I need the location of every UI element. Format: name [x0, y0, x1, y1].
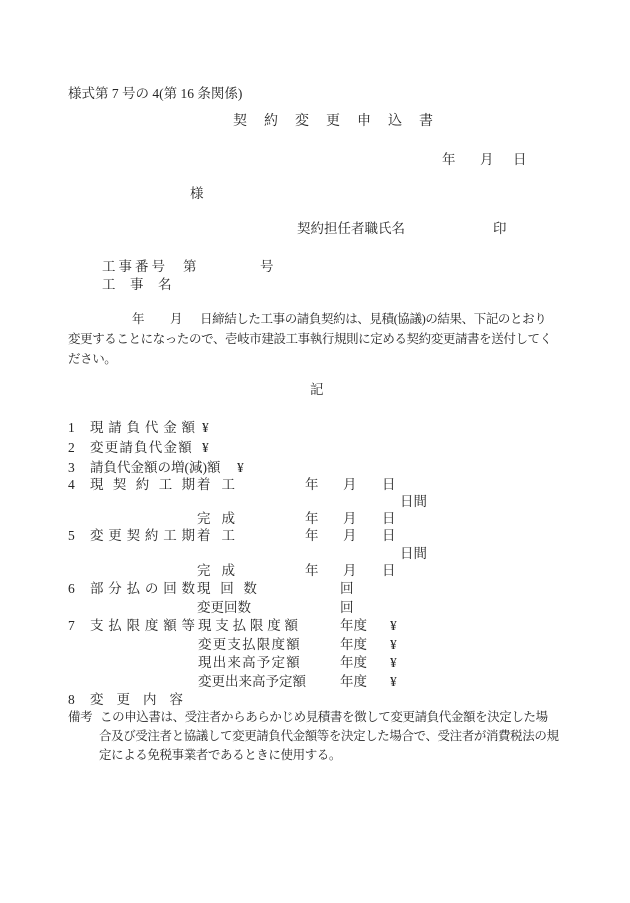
item6-label: 部分払の回数 — [90, 581, 200, 597]
item4-number: 4 — [68, 477, 75, 493]
item3-number: 3 — [68, 460, 75, 476]
item4-start-month-label: 月 — [343, 477, 357, 493]
item7-row2-label: 変更支払限度額 — [198, 637, 301, 653]
item4-start-day-label: 日 — [382, 477, 396, 493]
item6-changed-count-label: 変更回数 — [197, 600, 251, 616]
item5-number: 5 — [68, 528, 75, 544]
item5-label: 変更契約工期 — [90, 528, 200, 544]
body-month-label: 月 — [170, 312, 182, 326]
document-title: 契約変更申込書 — [233, 114, 450, 130]
item4-finish-year-label: 年 — [305, 511, 319, 527]
item5-start-label: 着工 — [197, 528, 246, 544]
body-line1: 日締結した工事の請負契約は、見積(協議)の結果、下記のとおり — [200, 312, 546, 326]
item4-finish-month-label: 月 — [343, 511, 357, 527]
construction-number-suffix: 号 — [260, 259, 274, 275]
item5-start-year-label: 年 — [305, 528, 319, 544]
item2-yen-sign: ¥ — [202, 440, 209, 456]
item7-number: 7 — [68, 618, 75, 634]
construction-number-label: 工事番号 — [102, 259, 168, 275]
item5-finish-day-label: 日 — [382, 563, 396, 579]
item1-label: 現請負代金額 — [90, 420, 200, 436]
item7-row2-fiscal-year-label: 年度 — [340, 637, 367, 653]
item1-number: 1 — [68, 420, 75, 436]
addressee-honorific: 様 — [190, 186, 204, 202]
item6-current-times-unit: 回 — [340, 581, 354, 597]
item2-number: 2 — [68, 440, 75, 456]
seal-label: 印 — [493, 221, 507, 237]
item5-start-month-label: 月 — [343, 528, 357, 544]
item4-finish-day-label: 日 — [382, 511, 396, 527]
item5-finish-label: 完成 — [197, 563, 246, 579]
body-year-label: 年 — [132, 312, 144, 326]
record-marker: 記 — [310, 382, 324, 398]
body-line3: ださい。 — [68, 352, 116, 366]
item5-days-label: 日間 — [400, 546, 427, 562]
remarks-line2: 合及び受注者と協議して変更請負代金額等を決定した場合で、受注者が消費税法の規 — [99, 729, 559, 743]
construction-number-prefix: 第 — [183, 259, 197, 275]
item7-row4-fiscal-year-label: 年度 — [340, 674, 367, 690]
item5-finish-month-label: 月 — [343, 563, 357, 579]
item5-finish-year-label: 年 — [305, 563, 319, 579]
item6-number: 6 — [68, 581, 75, 597]
item7-row3-fiscal-year-label: 年度 — [340, 655, 367, 671]
form-number: 様式第 7 号の 4(第 16 条関係) — [68, 86, 242, 102]
remarks-line1: この申込書は、受注者からあらかじめ見積書を徴して変更請負代金額を決定した場 — [100, 710, 548, 724]
item4-days-label: 日間 — [400, 494, 427, 510]
document-page: 様式第 7 号の 4(第 16 条関係) 契約変更申込書 年 月 日 様 契約担… — [0, 0, 630, 903]
item7-row3-yen-sign: ¥ — [390, 655, 397, 671]
item5-start-day-label: 日 — [382, 528, 396, 544]
remarks-line3: 定による免税事業者であるときに使用する。 — [99, 748, 341, 762]
item6-changed-times-unit: 回 — [340, 600, 354, 616]
item7-row4-label: 変更出来高予定額 — [198, 674, 306, 690]
item6-current-count-label: 現回数 — [197, 581, 267, 597]
item7-row2-yen-sign: ¥ — [390, 637, 397, 653]
item7-label: 支払限度額等 — [90, 618, 200, 634]
date-year-label: 年 — [442, 152, 456, 168]
item4-finish-label: 完成 — [197, 511, 246, 527]
remarks-label: 備考 — [68, 710, 92, 724]
item3-yen-sign: ¥ — [237, 460, 244, 476]
construction-name-label: 工事名 — [102, 277, 186, 293]
item7-row1-fiscal-year-label: 年度 — [340, 618, 367, 634]
item4-start-year-label: 年 — [305, 477, 319, 493]
item7-row1-yen-sign: ¥ — [390, 618, 397, 634]
item4-start-label: 着工 — [197, 477, 246, 493]
item7-row4-yen-sign: ¥ — [390, 674, 397, 690]
item2-label: 変更請負代金額 — [90, 440, 193, 456]
item8-label: 変更内容 — [90, 692, 196, 708]
item3-label: 請負代金額の増(減)額 — [90, 460, 221, 476]
item8-number: 8 — [68, 692, 75, 708]
item1-yen-sign: ¥ — [202, 420, 209, 436]
item4-label: 現契約工期 — [90, 477, 205, 493]
item7-row1-label: 現支払限度額 — [198, 618, 302, 634]
contract-officer-label: 契約担任者職氏名 — [297, 221, 405, 237]
body-line2: 変更することになったので、壱岐市建設工事執行規則に定める契約変更請書を送付してく — [68, 332, 552, 346]
date-day-label: 日 — [513, 152, 527, 168]
item7-row3-label: 現出来高予定額 — [198, 655, 301, 671]
date-month-label: 月 — [480, 152, 494, 168]
